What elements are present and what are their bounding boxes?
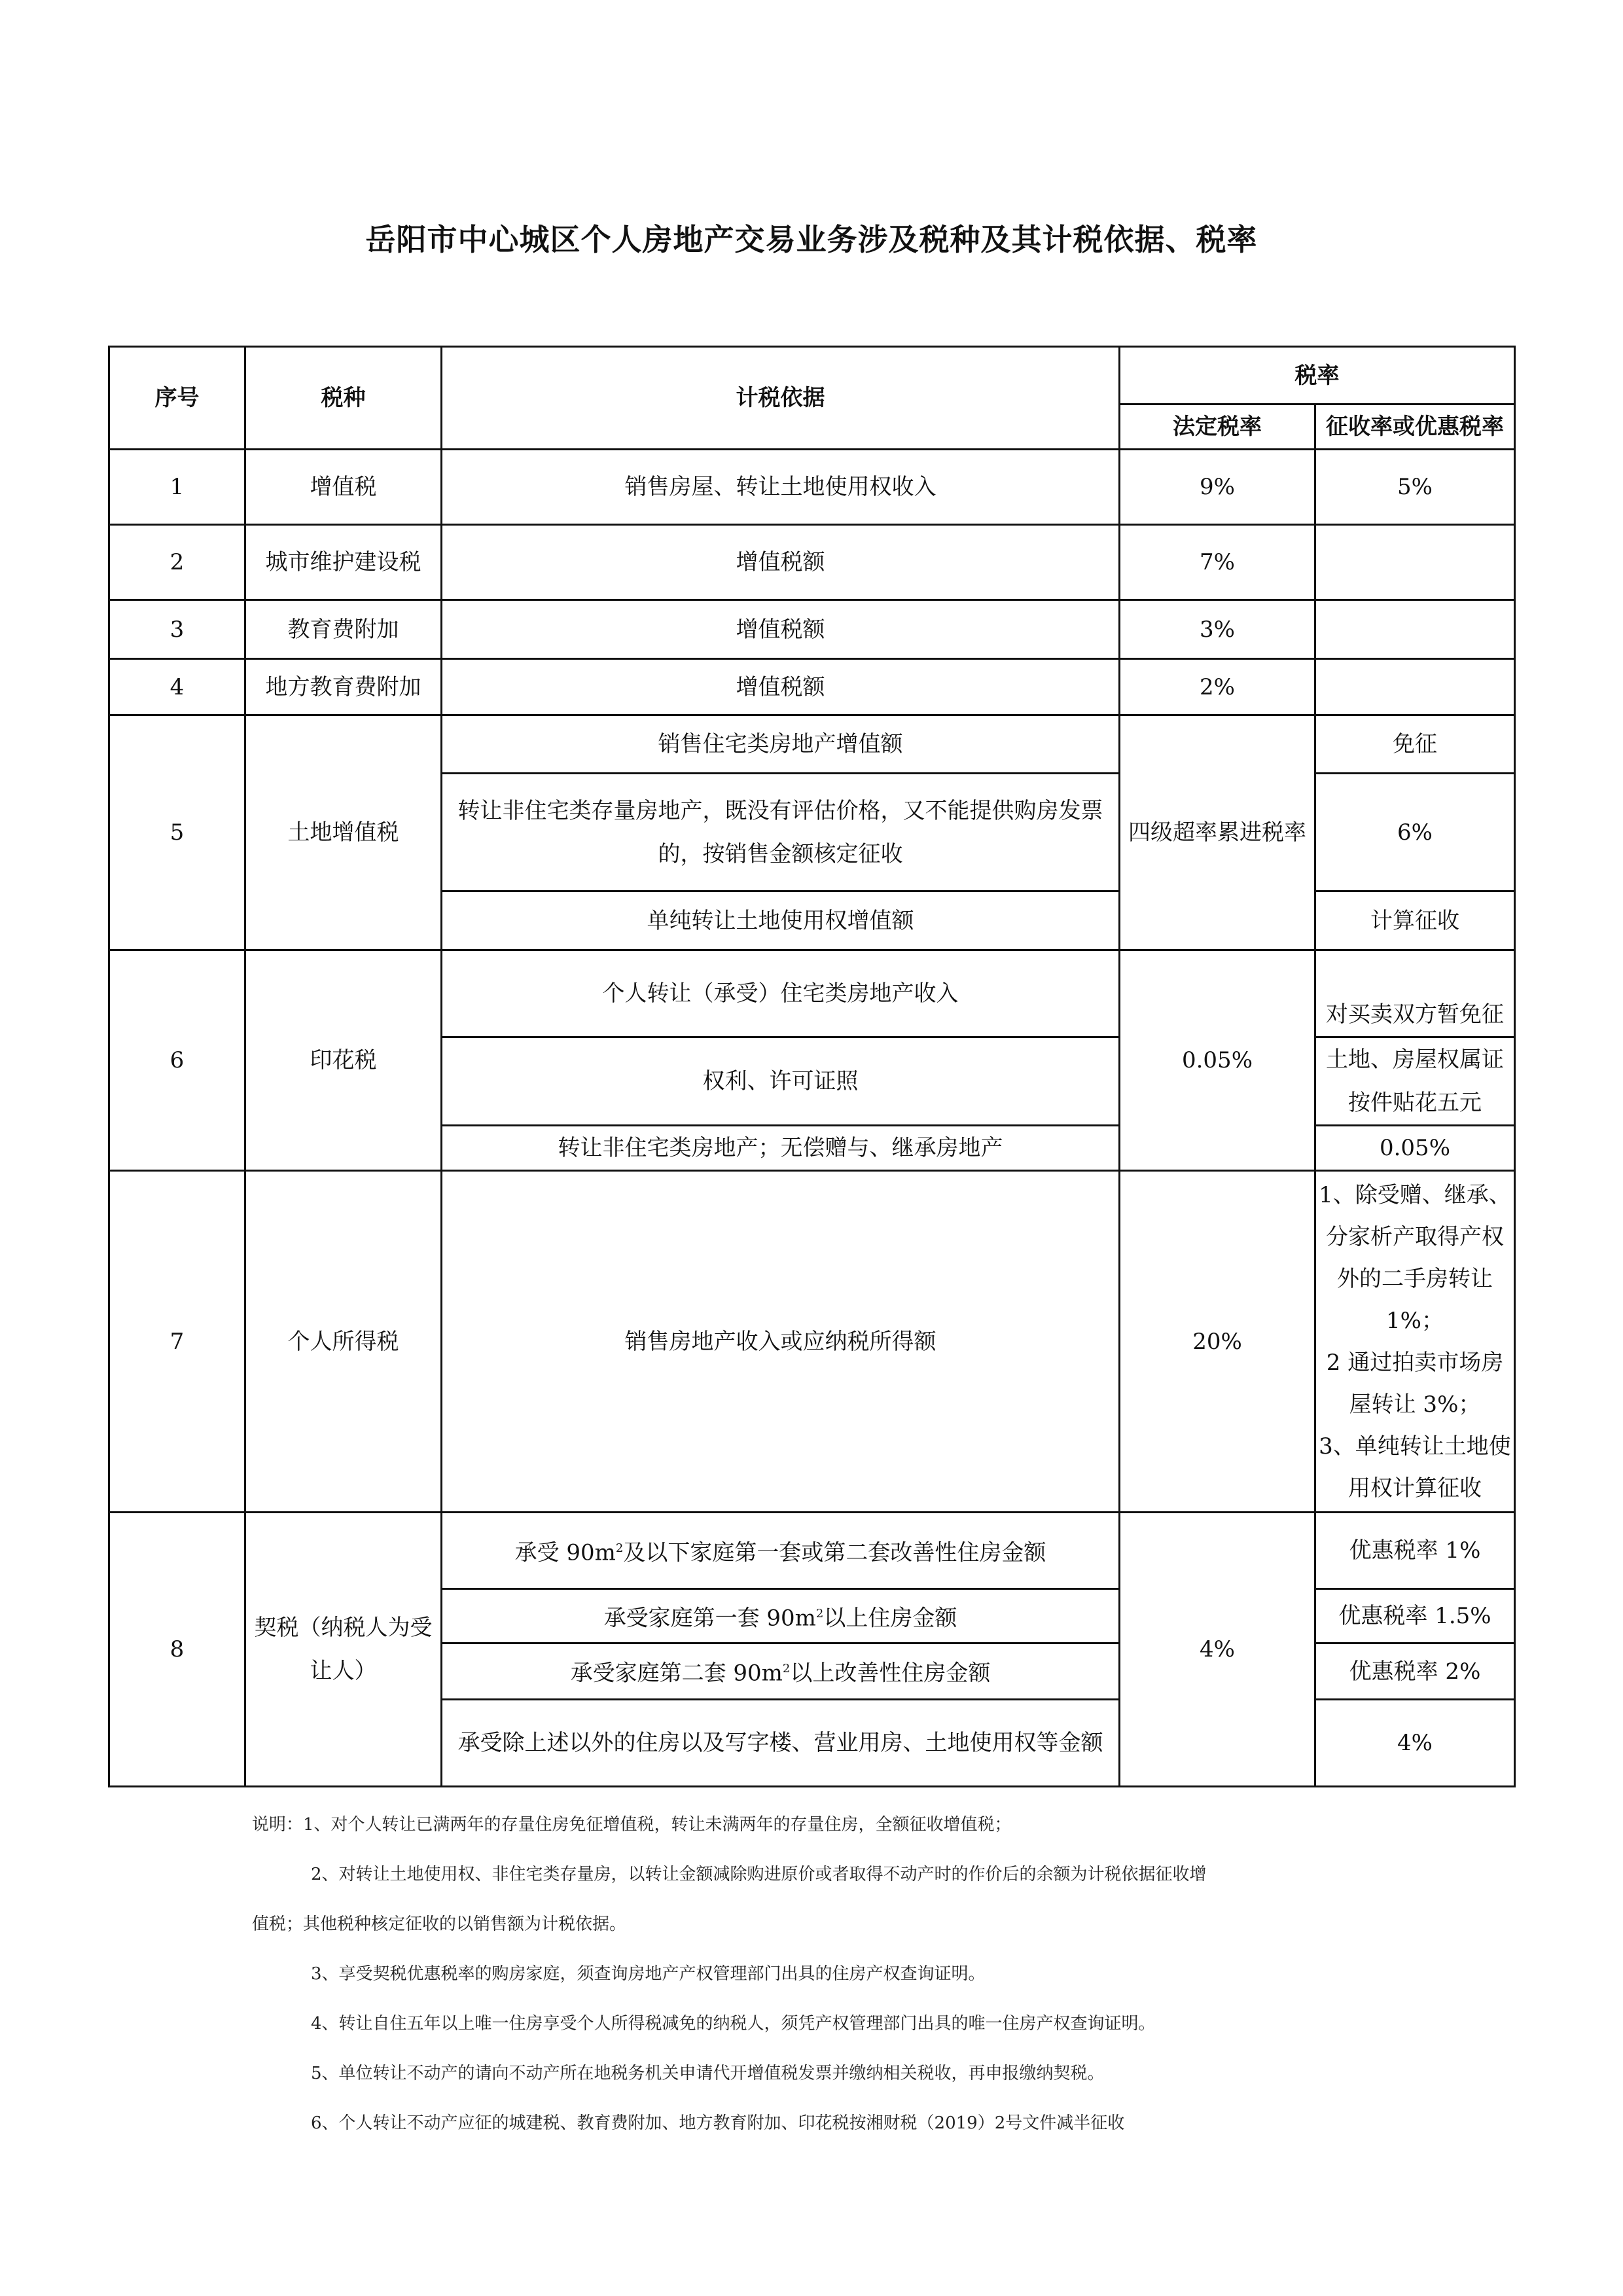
- table-row: 7 个人所得税 销售房地产收入或应纳税所得额 20% 1、除受赠、继承、 分家析…: [109, 1171, 1515, 1513]
- note-2-continued: 值税；其他税种核定征收的以销售额为计税依据。: [252, 1899, 1430, 1949]
- row-no: 5: [109, 715, 245, 950]
- row-basis: 转让非住宅类存量房地产，既没有评估价格，又不能提供购房发票的，按销售金额核定征收: [442, 774, 1120, 891]
- row-statutory-rate: 四级超率累进税率: [1120, 715, 1315, 950]
- header-statutory-rate: 法定税率: [1120, 404, 1315, 450]
- row-preferential-rate: 优惠税率 2%: [1315, 1643, 1515, 1700]
- row-preferential-rate: 优惠税率 1.5%: [1315, 1589, 1515, 1643]
- row-no: 8: [109, 1513, 245, 1787]
- row-no: 2: [109, 525, 245, 600]
- row-basis: 转让非住宅类房地产；无偿赠与、继承房地产: [442, 1126, 1120, 1171]
- table-row: 8 契税（纳税人为受让人） 承受 90m2及以下家庭第一套或第二套改善性住房金额…: [109, 1513, 1515, 1589]
- row-tax-type: 教育费附加: [245, 600, 442, 659]
- row-no: 3: [109, 600, 245, 659]
- header-basis: 计税依据: [442, 347, 1120, 450]
- note-4: 4、转让自住五年以上唯一住房享受个人所得税减免的纳税人，须凭产权管理部门出具的唯…: [252, 1999, 1430, 2049]
- notes-section: 说明：1、对个人转让已满两年的存量住房免征增值税，转让未满两年的存量住房，全额征…: [252, 1800, 1430, 2148]
- row-statutory-rate: 4%: [1120, 1513, 1315, 1787]
- row-basis: 权利、许可证照: [442, 1037, 1120, 1126]
- table-row: 4 地方教育费附加 增值税额 2%: [109, 659, 1515, 715]
- row-preferential-rate: 6%: [1315, 774, 1515, 891]
- row-basis: 承受家庭第二套 90m2以上改善性住房金额: [442, 1643, 1120, 1700]
- row-tax-type: 印花税: [245, 950, 442, 1171]
- row-statutory-rate: 9%: [1120, 450, 1315, 525]
- document-title: 岳阳市中心城区个人房地产交易业务涉及税种及其计税依据、税率: [0, 216, 1623, 259]
- pref-line: 用权计算征收: [1317, 1467, 1512, 1509]
- row-basis: 销售房地产收入或应纳税所得额: [442, 1171, 1120, 1513]
- row-preferential-rate: [1315, 659, 1515, 715]
- row-basis: 销售房屋、转让土地使用权收入: [442, 450, 1120, 525]
- row-preferential-rate: 免征: [1315, 715, 1515, 774]
- table-row: 1 增值税 销售房屋、转让土地使用权收入 9% 5%: [109, 450, 1515, 525]
- pref-line: 2 通过拍卖市场房: [1317, 1342, 1512, 1384]
- pref-line: 外的二手房转让: [1317, 1258, 1512, 1300]
- note-5: 5、单位转让不动产的请向不动产所在地税务机关申请代开增值税发票并缴纳相关税收，再…: [252, 2049, 1430, 2098]
- row-statutory-rate: 7%: [1120, 525, 1315, 600]
- row-basis: 承受除上述以外的住房以及写字楼、营业用房、土地使用权等金额: [442, 1700, 1120, 1787]
- header-rate-group: 税率: [1120, 347, 1515, 404]
- row-preferential-rate: 计算征收: [1315, 891, 1515, 950]
- row-basis: 承受家庭第一套 90m2以上住房金额: [442, 1589, 1120, 1643]
- tax-table: 序号 税种 计税依据 税率 法定税率 征收率或优惠税率 1 增值税 销售房屋、转…: [108, 346, 1516, 1787]
- row-statutory-rate: 3%: [1120, 600, 1315, 659]
- row-statutory-rate: 2%: [1120, 659, 1315, 715]
- table-row: 5 土地增值税 销售住宅类房地产增值额 四级超率累进税率 免征: [109, 715, 1515, 774]
- table-row: 6 印花税 个人转让（承受）住宅类房地产收入 0.05% 对买卖双方暂免征: [109, 950, 1515, 1037]
- pref-line: 1、除受赠、继承、: [1317, 1174, 1512, 1216]
- row-preferential-rate: 优惠税率 1%: [1315, 1513, 1515, 1589]
- row-preferential-rate: 1、除受赠、继承、 分家析产取得产权 外的二手房转让 1%； 2 通过拍卖市场房…: [1315, 1171, 1515, 1513]
- row-tax-type: 城市维护建设税: [245, 525, 442, 600]
- row-basis: 个人转让（承受）住宅类房地产收入: [442, 950, 1120, 1037]
- table-row: 2 城市维护建设税 增值税额 7%: [109, 525, 1515, 600]
- row-tax-type: 个人所得税: [245, 1171, 442, 1513]
- row-statutory-rate: 0.05%: [1120, 950, 1315, 1171]
- pref-line: 3、单纯转让土地使: [1317, 1426, 1512, 1467]
- header-tax-type: 税种: [245, 347, 442, 450]
- row-preferential-rate: 4%: [1315, 1700, 1515, 1787]
- table-row: 3 教育费附加 增值税额 3%: [109, 600, 1515, 659]
- row-basis: 增值税额: [442, 659, 1120, 715]
- row-basis: 增值税额: [442, 525, 1120, 600]
- row-preferential-rate: [1315, 525, 1515, 600]
- row-preferential-rate: 对买卖双方暂免征: [1315, 950, 1515, 1037]
- row-statutory-rate: 20%: [1120, 1171, 1315, 1513]
- row-preferential-rate: 5%: [1315, 450, 1515, 525]
- pref-line: 分家析产取得产权: [1317, 1216, 1512, 1258]
- pref-line: 屋转让 3%；: [1317, 1384, 1512, 1426]
- row-basis: 销售住宅类房地产增值额: [442, 715, 1120, 774]
- row-preferential-rate: 0.05%: [1315, 1126, 1515, 1171]
- header-preferential-rate: 征收率或优惠税率: [1315, 404, 1515, 450]
- note-2: 2、对转让土地使用权、非住宅类存量房，以转让金额减除购进原价或者取得不动产时的作…: [252, 1850, 1430, 1899]
- row-tax-type: 土地增值税: [245, 715, 442, 950]
- note-6: 6、个人转让不动产应征的城建税、教育费附加、地方教育附加、印花税按湘财税（201…: [252, 2098, 1430, 2148]
- row-no: 1: [109, 450, 245, 525]
- row-no: 4: [109, 659, 245, 715]
- row-no: 6: [109, 950, 245, 1171]
- note-3: 3、享受契税优惠税率的购房家庭，须查询房地产产权管理部门出具的住房产权查询证明。: [252, 1949, 1430, 1999]
- row-tax-type: 地方教育费附加: [245, 659, 442, 715]
- header-no: 序号: [109, 347, 245, 450]
- pref-line: 1%；: [1317, 1300, 1512, 1342]
- row-no: 7: [109, 1171, 245, 1513]
- row-basis: 单纯转让土地使用权增值额: [442, 891, 1120, 950]
- row-tax-type: 增值税: [245, 450, 442, 525]
- row-preferential-rate: [1315, 600, 1515, 659]
- row-tax-type: 契税（纳税人为受让人）: [245, 1513, 442, 1787]
- row-preferential-rate: 土地、房屋权属证按件贴花五元: [1315, 1037, 1515, 1126]
- row-basis: 承受 90m2及以下家庭第一套或第二套改善性住房金额: [442, 1513, 1120, 1589]
- row-basis: 增值税额: [442, 600, 1120, 659]
- note-1: 说明：1、对个人转让已满两年的存量住房免征增值税，转让未满两年的存量住房，全额征…: [252, 1800, 1430, 1850]
